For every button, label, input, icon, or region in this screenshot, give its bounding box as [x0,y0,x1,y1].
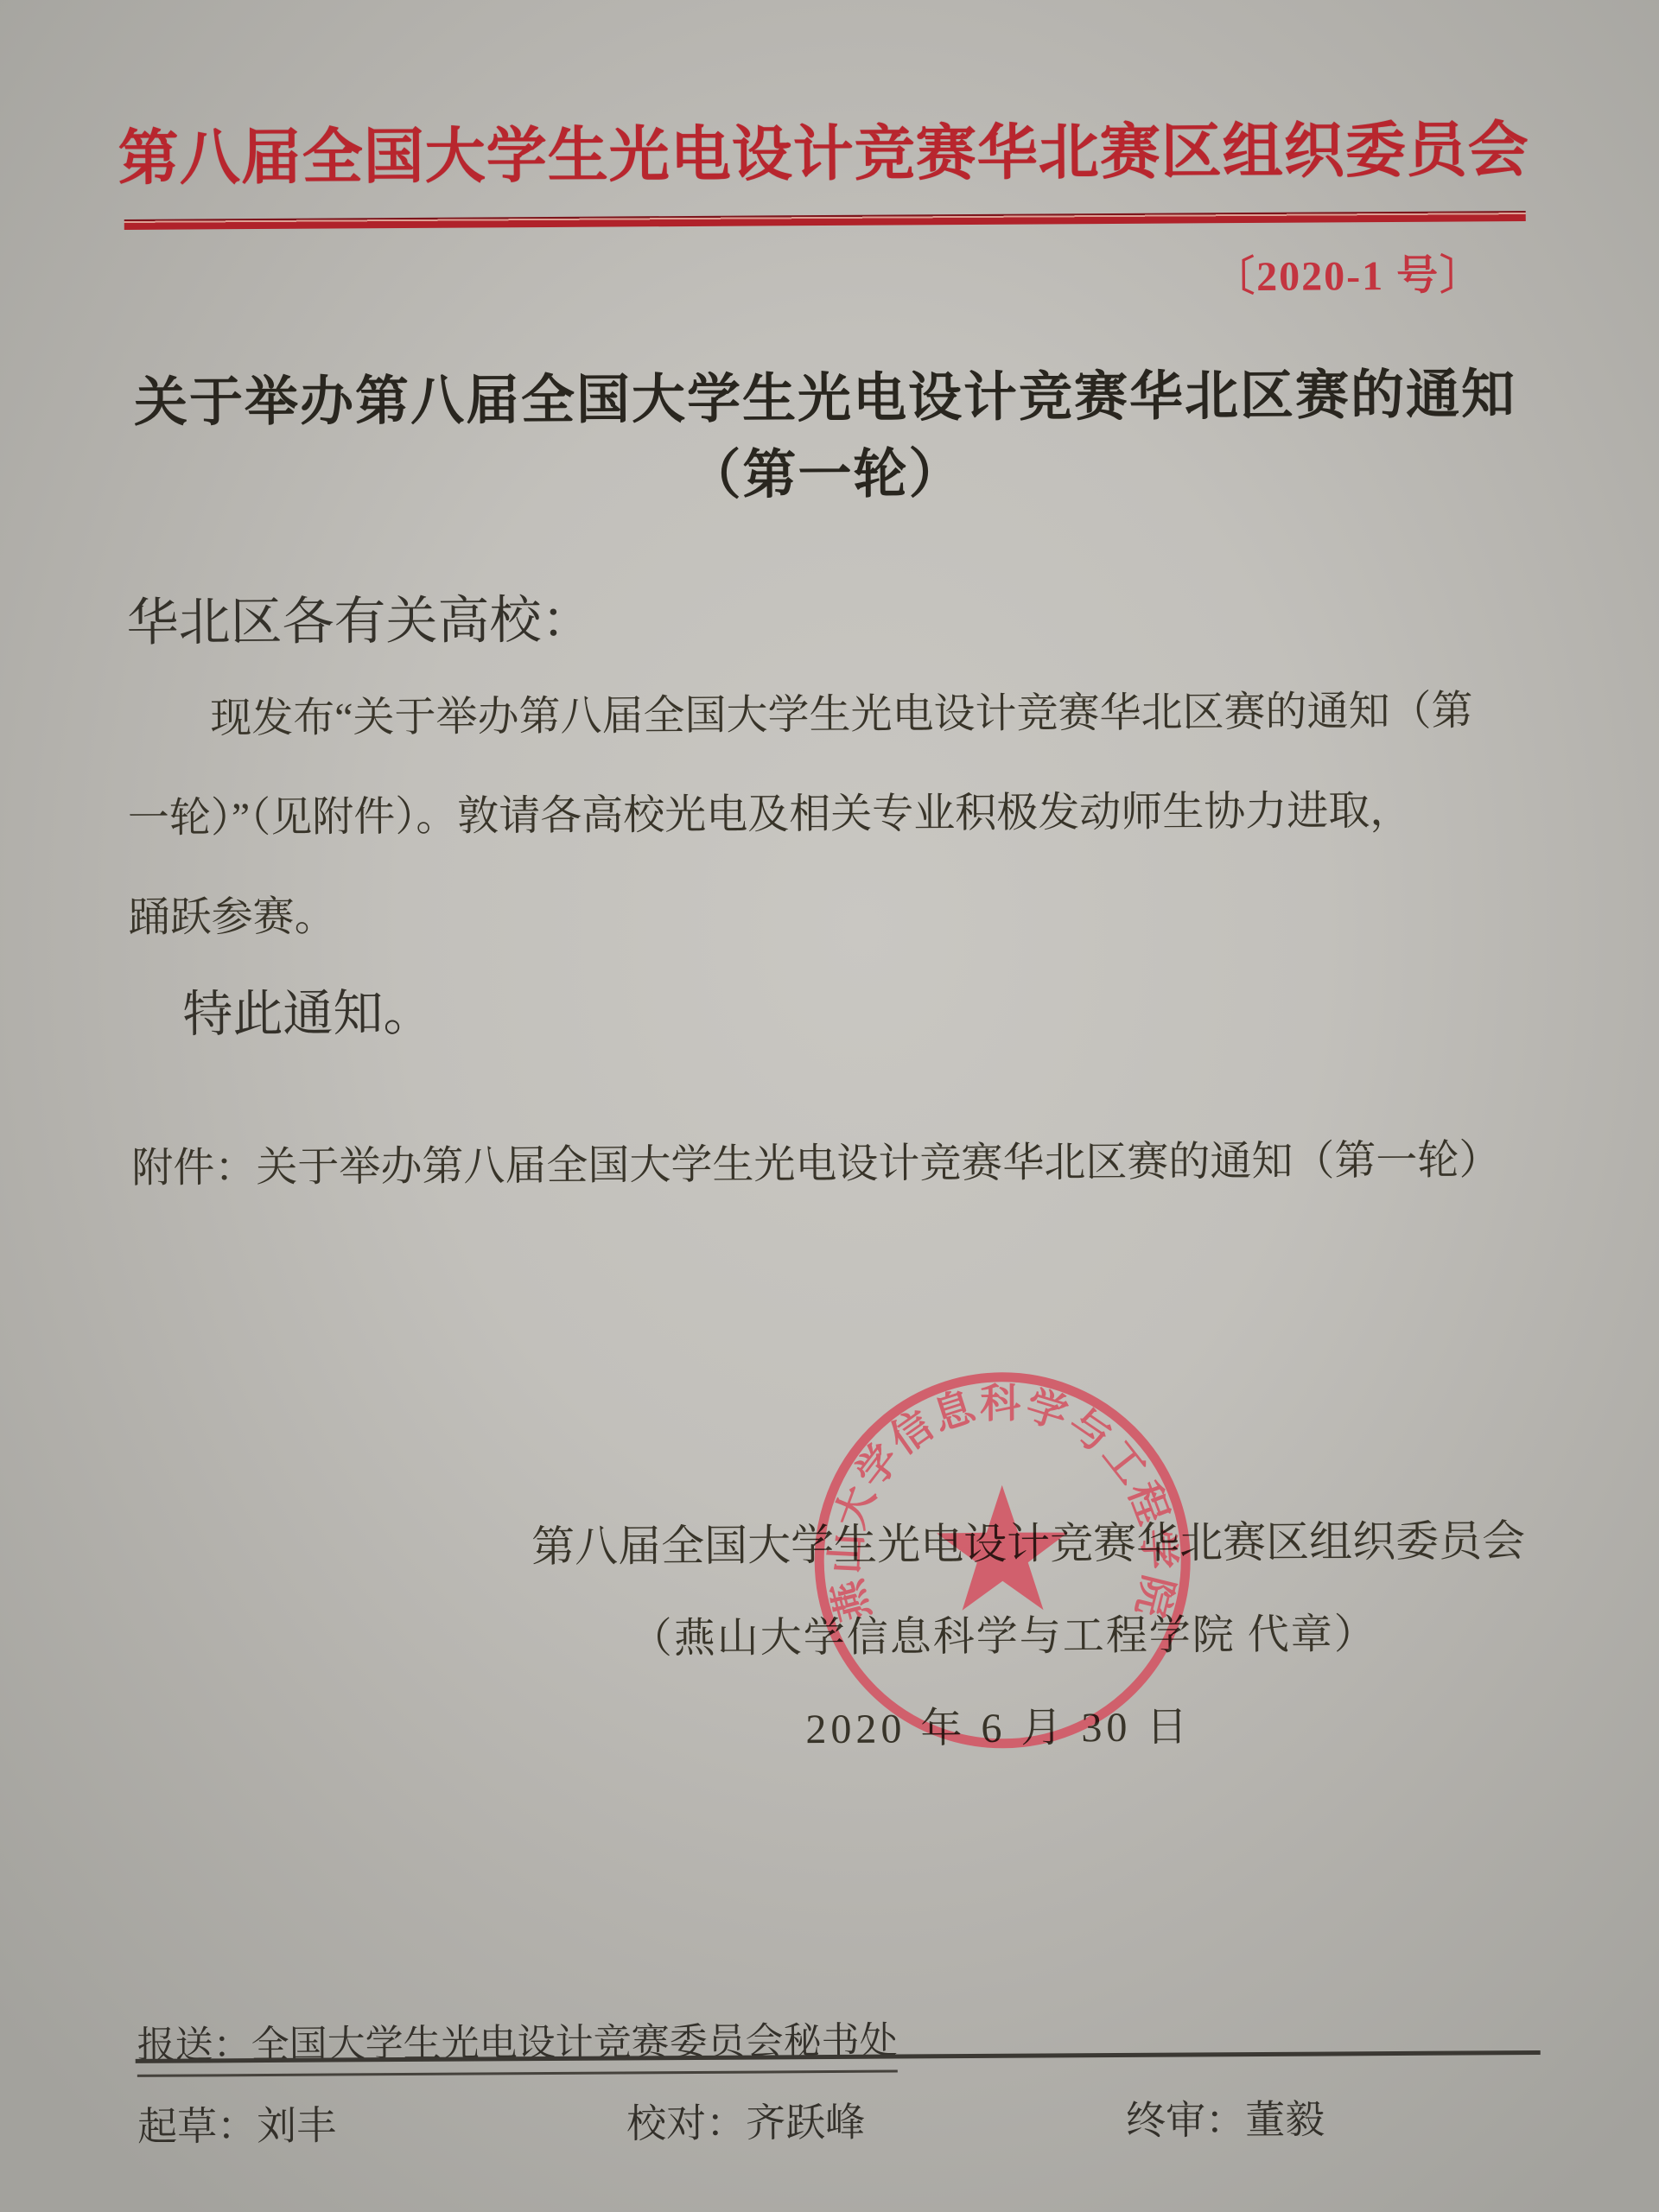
cc-line-text: 报送：全国大学生光电设计竞赛委员会秘书处 [137,2010,897,2077]
salutation: 华北区各有关高校： [126,579,594,656]
letterhead-org-name: 第八届全国大学生光电设计竞赛华北赛区组织委员会 [0,100,1654,198]
attachment-line: 附件：关于举办第八届全国大学生光电设计竞赛华北区赛的通知（第一轮） [131,1126,1500,1194]
letterhead-red-rule [124,211,1526,230]
credit-drafter: 起草：刘丰 [137,2094,336,2152]
body-paragraph-line: 现发布“关于举办第八届全国大学生光电设计竞赛华北区赛的通知（第 [127,676,1659,745]
credit-proofreader-label: 校对： [626,2101,746,2146]
body-paragraph-line: 一轮）”（见附件）。敦请各高校光电及相关专业积极发动师生协力进取， [128,776,1580,844]
credit-final-reviewer-label: 终审： [1126,2098,1245,2143]
notice-sheet: 第八届全国大学生光电设计竞赛华北赛区组织委员会 〔2020-1 号〕 关于举办第… [0,0,1659,2212]
body-paragraph-line: 踊跃参赛。 [128,875,1580,944]
credit-drafter-name: 刘丰 [257,2104,336,2149]
credit-final-reviewer: 终审：董毅 [1126,2088,1325,2146]
cc-line: 报送：全国大学生光电设计竞赛委员会秘书处 [137,2010,897,2077]
closing-phrase: 特此通知。 [182,972,434,1046]
seal-star-icon [937,1484,1069,1611]
credit-drafter-label: 起草： [137,2104,257,2149]
document-number: 〔2020-1 号〕 [1213,241,1483,302]
official-seal-stamp: 燕山大学信息科学与工程学院 [798,1356,1207,1764]
document-photo: 第八届全国大学生光电设计竞赛华北赛区组织委员会 〔2020-1 号〕 关于举办第… [0,0,1659,2212]
notice-title-line1: 关于举办第八届全国大学生光电设计竞赛华北区赛的通知 [0,356,1655,442]
credit-final-reviewer-name: 董毅 [1245,2098,1325,2143]
notice-title: 关于举办第八届全国大学生光电设计竞赛华北区赛的通知 （第一轮） [0,356,1656,518]
notice-title-line2: （第一轮） [0,432,1656,518]
credit-proofreader: 校对：齐跃峰 [626,2091,865,2150]
credit-proofreader-name: 齐跃峰 [746,2101,865,2145]
